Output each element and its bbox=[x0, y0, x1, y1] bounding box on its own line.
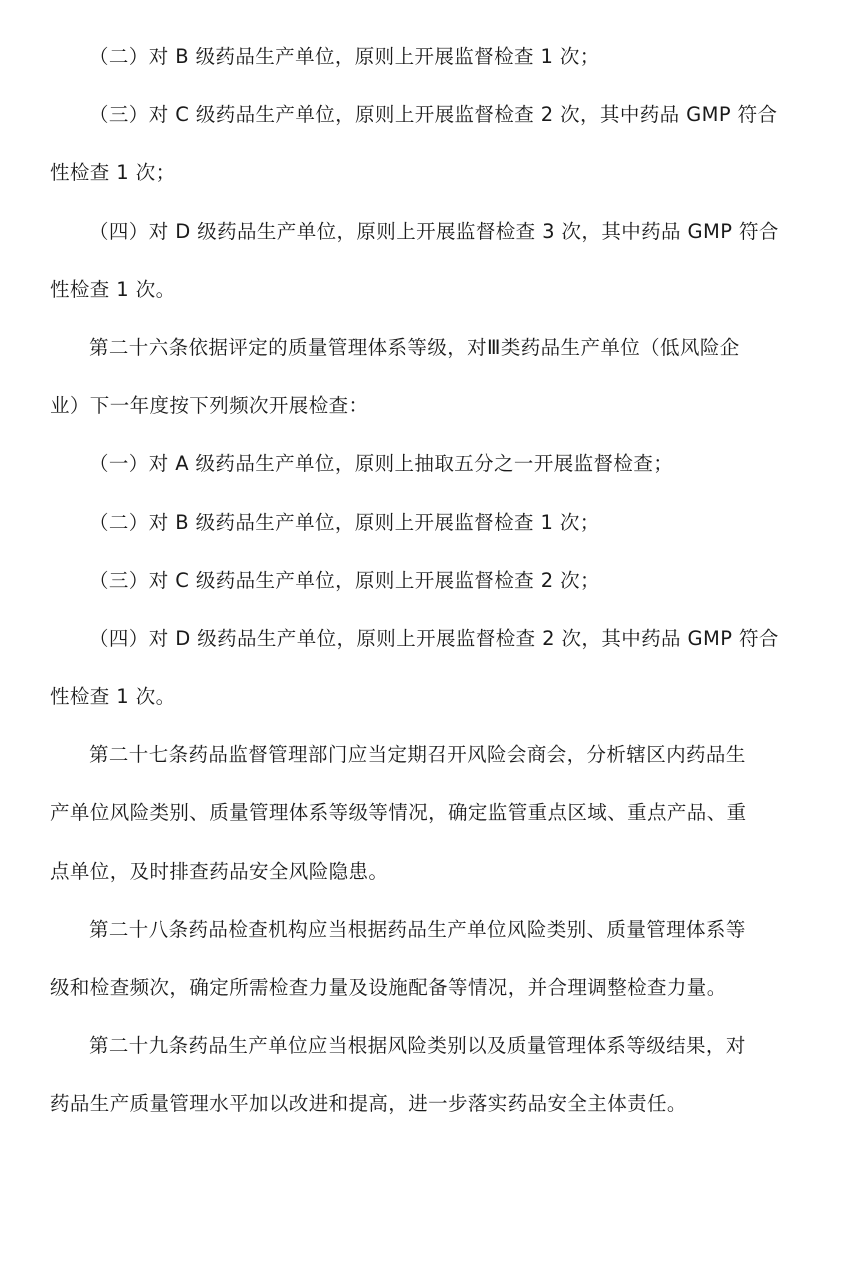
article-26: 第二十六条依据评定的质量管理体系等级，对Ⅲ类药品生产单位（低风险企 业）下一年度… bbox=[50, 319, 802, 435]
text-line: 性检查 1 次。 bbox=[50, 668, 802, 726]
article-number: 第二十八条 bbox=[89, 918, 189, 941]
paragraph-item-d-grade: （四）对 D 级药品生产单位，原则上开展监督检查 2 次，其中药品 GMP 符合… bbox=[50, 610, 802, 726]
text-line: 业）下一年度按下列频次开展检查： bbox=[50, 377, 802, 435]
article-28: 第二十八条药品检查机构应当根据药品生产单位风险类别、质量管理体系等 级和检查频次… bbox=[50, 901, 802, 1017]
document-page: （二）对 B 级药品生产单位，原则上开展监督检查 1 次； （三）对 C 级药品… bbox=[50, 28, 802, 1134]
paragraph-item-c-grade: （三）对 C 级药品生产单位，原则上开展监督检查 2 次； bbox=[50, 552, 802, 610]
text-line: 性检查 1 次； bbox=[50, 144, 802, 202]
text-line: （四）对 D 级药品生产单位，原则上开展监督检查 2 次，其中药品 GMP 符合 bbox=[50, 610, 802, 668]
article-27: 第二十七条药品监督管理部门应当定期召开风险会商会，分析辖区内药品生 产单位风险类… bbox=[50, 726, 802, 901]
text-line: （一）对 A 级药品生产单位，原则上抽取五分之一开展监督检查； bbox=[50, 435, 802, 493]
article-number: 第二十九条 bbox=[89, 1034, 189, 1057]
paragraph-item-b-grade: （二）对 B 级药品生产单位，原则上开展监督检查 1 次； bbox=[50, 494, 802, 552]
paragraph-item-a-grade: （一）对 A 级药品生产单位，原则上抽取五分之一开展监督检查； bbox=[50, 435, 802, 493]
text-line: 药品监督管理部门应当定期召开风险会商会，分析辖区内药品生 bbox=[189, 743, 746, 766]
text-line: 药品生产质量管理水平加以改进和提高，进一步落实药品安全主体责任。 bbox=[50, 1075, 802, 1133]
paragraph-item-c-grade: （三）对 C 级药品生产单位，原则上开展监督检查 2 次，其中药品 GMP 符合… bbox=[50, 86, 802, 202]
text-line: 药品生产单位应当根据风险类别以及质量管理体系等级结果，对 bbox=[189, 1034, 746, 1057]
text-line: （二）对 B 级药品生产单位，原则上开展监督检查 1 次； bbox=[50, 28, 802, 86]
paragraph-item-b-grade: （二）对 B 级药品生产单位，原则上开展监督检查 1 次； bbox=[50, 28, 802, 86]
article-29: 第二十九条药品生产单位应当根据风险类别以及质量管理体系等级结果，对 药品生产质量… bbox=[50, 1017, 802, 1133]
text-line: 性检查 1 次。 bbox=[50, 261, 802, 319]
text-line: 级和检查频次，确定所需检查力量及设施配备等情况，并合理调整检查力量。 bbox=[50, 959, 802, 1017]
text-line: 产单位风险类别、质量管理体系等级等情况，确定监管重点区域、重点产品、重 bbox=[50, 784, 802, 842]
text-line: （四）对 D 级药品生产单位，原则上开展监督检查 3 次，其中药品 GMP 符合 bbox=[50, 203, 802, 261]
text-line: 点单位，及时排查药品安全风险隐患。 bbox=[50, 843, 802, 901]
article-number: 第二十七条 bbox=[89, 743, 189, 766]
text-line: （二）对 B 级药品生产单位，原则上开展监督检查 1 次； bbox=[50, 494, 802, 552]
text-line: 依据评定的质量管理体系等级，对Ⅲ类药品生产单位（低风险企 bbox=[189, 336, 740, 359]
article-number: 第二十六条 bbox=[89, 336, 189, 359]
text-line: 药品检查机构应当根据药品生产单位风险类别、质量管理体系等 bbox=[189, 918, 746, 941]
text-line: （三）对 C 级药品生产单位，原则上开展监督检查 2 次，其中药品 GMP 符合 bbox=[50, 86, 802, 144]
paragraph-item-d-grade: （四）对 D 级药品生产单位，原则上开展监督检查 3 次，其中药品 GMP 符合… bbox=[50, 203, 802, 319]
text-line: （三）对 C 级药品生产单位，原则上开展监督检查 2 次； bbox=[50, 552, 802, 610]
